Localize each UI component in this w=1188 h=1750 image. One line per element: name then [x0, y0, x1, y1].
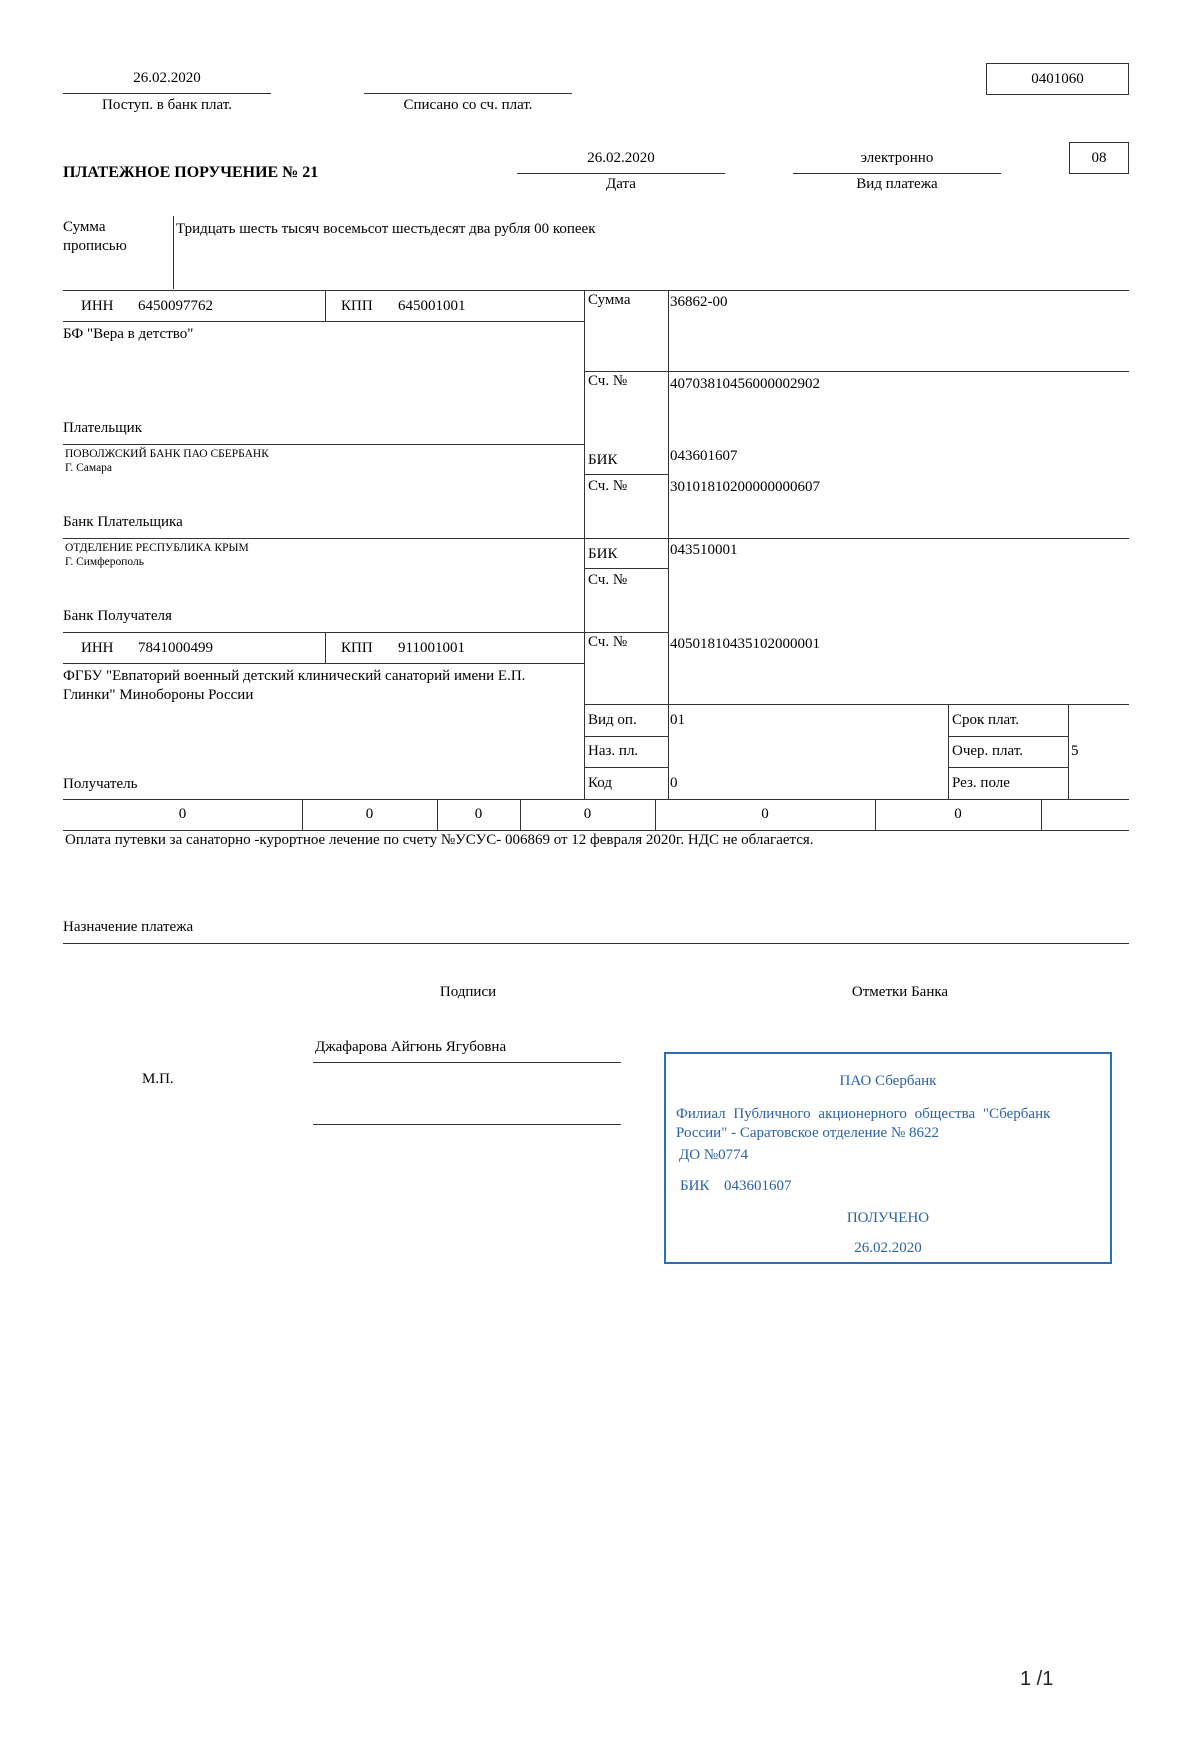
tax-field-basis: 0	[520, 806, 655, 823]
bank-stamp: ПАО Сбербанк Филиал Публичного акционерн…	[664, 1052, 1112, 1264]
received-date-line	[63, 93, 271, 94]
kod: 0	[670, 775, 678, 792]
vid-op-label: Вид оп.	[588, 712, 637, 729]
signer-name: Джафарова Айгюнь Ягубовна	[315, 1039, 506, 1056]
document-title: ПЛАТЕЖНОЕ ПОРУЧЕНИЕ № 21	[63, 164, 318, 182]
received-date: 26.02.2020	[63, 70, 271, 87]
amount-words-label-1: Сумма	[63, 219, 105, 236]
payer-kpp-label: КПП	[341, 298, 373, 315]
payer-account: 40703810456000002902	[670, 376, 820, 393]
payee-bank-bik: 043510001	[670, 542, 738, 559]
amount-words-divider	[173, 216, 174, 289]
payee-name-line-2: Глинки" Минобороны России	[63, 687, 253, 704]
stamp-bik-label: БИК	[680, 1178, 709, 1195]
form-code-box: 0401060	[986, 63, 1129, 95]
tax-field-kbk: 0	[302, 806, 437, 823]
grid-line	[584, 474, 668, 475]
signature-line-1	[313, 1062, 621, 1063]
tax-field-period: 0	[655, 806, 875, 823]
stamp-status: ПОЛУЧЕНО	[666, 1210, 1110, 1227]
payer-inn: 6450097762	[138, 298, 213, 315]
grid-line	[584, 290, 585, 799]
grid-line	[1041, 799, 1042, 830]
payee-bank-city: Г. Симферополь	[65, 556, 144, 568]
status-code-box: 08	[1069, 142, 1129, 174]
bank-marks-label: Отметки Банка	[810, 984, 990, 1001]
form-code: 0401060	[1031, 71, 1084, 87]
payer-bank-account-label: Сч. №	[588, 478, 627, 495]
naz-pl-label: Наз. пл.	[588, 743, 638, 760]
payee-account-label: Сч. №	[588, 634, 627, 651]
grid-line	[1068, 704, 1069, 799]
payer-account-label: Сч. №	[588, 373, 627, 390]
payer-name: БФ "Вера в детство"	[63, 326, 193, 343]
stamp-branch-line-1: Филиал Публичного акционерного общества …	[676, 1106, 1106, 1123]
payee-bank-bik-label: БИК	[588, 546, 617, 563]
stamp-office: ДО №0774	[679, 1147, 748, 1164]
payment-type-label: Вид платежа	[793, 176, 1001, 193]
payer-label: Плательщик	[63, 420, 142, 437]
document-date-line	[517, 173, 725, 174]
payee-account: 40501810435102000001	[670, 636, 820, 653]
payee-inn-label: ИНН	[81, 640, 114, 657]
rez-pole-label: Рез. поле	[952, 775, 1010, 792]
amount-words-value: Тридцать шесть тысяч восемьсот шестьдеся…	[176, 221, 596, 238]
payee-name-line-1: ФГБУ "Евпаторий военный детский клиничес…	[63, 668, 525, 685]
grid-line	[63, 632, 668, 633]
grid-line	[584, 767, 668, 768]
payer-bank-account: 30101810200000000607	[670, 479, 820, 496]
stamp-place: М.П.	[142, 1071, 174, 1088]
payment-type-line	[793, 173, 1001, 174]
stamp-bank-name: ПАО Сбербанк	[666, 1073, 1110, 1090]
grid-line	[668, 290, 669, 799]
debited-date-label: Списано со сч. плат.	[364, 97, 572, 114]
grid-line	[63, 538, 1129, 539]
payment-purpose: Оплата путевки за санаторно -курортное л…	[65, 832, 814, 849]
tax-field-status: 0	[63, 806, 302, 823]
ocher-plat: 5	[1071, 743, 1079, 760]
stamp-bik: 043601607	[724, 1178, 792, 1195]
grid-line	[584, 704, 1129, 705]
grid-line	[948, 736, 1068, 737]
srok-plat-label: Срок плат.	[952, 712, 1019, 729]
grid-line	[584, 371, 1129, 372]
payer-bank-label: Банк Плательщика	[63, 514, 183, 531]
signature-line-2	[313, 1124, 621, 1125]
grid-line	[63, 663, 584, 664]
amount-words-label-2: прописью	[63, 238, 127, 255]
payer-kpp: 645001001	[398, 298, 466, 315]
ocher-plat-label: Очер. плат.	[952, 743, 1023, 760]
payee-inn: 7841000499	[138, 640, 213, 657]
vid-op: 01	[670, 712, 685, 729]
grid-line	[63, 321, 584, 322]
payee-bank-name: ОТДЕЛЕНИЕ РЕСПУБЛИКА КРЫМ	[65, 542, 249, 554]
grid-line	[63, 444, 584, 445]
grid-line	[948, 704, 949, 799]
payee-kpp: 911001001	[398, 640, 465, 657]
grid-line	[948, 767, 1068, 768]
received-date-label: Поступ. в банк плат.	[63, 97, 271, 114]
tax-field-doc-number: 0	[875, 806, 1041, 823]
payer-bank-name: ПОВОЛЖСКИЙ БАНК ПАО СБЕРБАНК	[65, 448, 269, 460]
grid-line	[63, 830, 1129, 831]
purpose-line	[63, 943, 1129, 944]
amount-label: Сумма	[588, 292, 630, 309]
amount-value: 36862-00	[670, 294, 728, 311]
stamp-date: 26.02.2020	[666, 1240, 1110, 1257]
grid-line	[63, 799, 1129, 800]
document-date: 26.02.2020	[517, 150, 725, 167]
page-indicator: 1 /1	[1020, 1668, 1053, 1691]
payment-purpose-label: Назначение платежа	[63, 919, 193, 936]
stamp-branch-line-2: России" - Саратовское отделение № 8622	[676, 1125, 939, 1142]
debited-date-line	[364, 93, 572, 94]
payer-bank-bik: 043601607	[670, 448, 738, 465]
payee-bank-account-label: Сч. №	[588, 572, 627, 589]
payment-type: электронно	[793, 150, 1001, 167]
grid-line	[325, 290, 326, 321]
payer-bank-city: Г. Самара	[65, 462, 112, 474]
payee-kpp-label: КПП	[341, 640, 373, 657]
payer-inn-label: ИНН	[81, 298, 114, 315]
kod-label: Код	[588, 775, 612, 792]
document-date-label: Дата	[517, 176, 725, 193]
grid-line	[584, 736, 668, 737]
payee-label: Получатель	[63, 776, 137, 793]
grid-line	[63, 290, 1129, 291]
payee-bank-label: Банк Получателя	[63, 608, 172, 625]
signatures-label: Подписи	[380, 984, 556, 1001]
tax-field-oktmo: 0	[437, 806, 520, 823]
grid-line	[584, 568, 668, 569]
payer-bank-bik-label: БИК	[588, 452, 617, 469]
grid-line	[325, 632, 326, 663]
status-code: 08	[1092, 150, 1107, 166]
